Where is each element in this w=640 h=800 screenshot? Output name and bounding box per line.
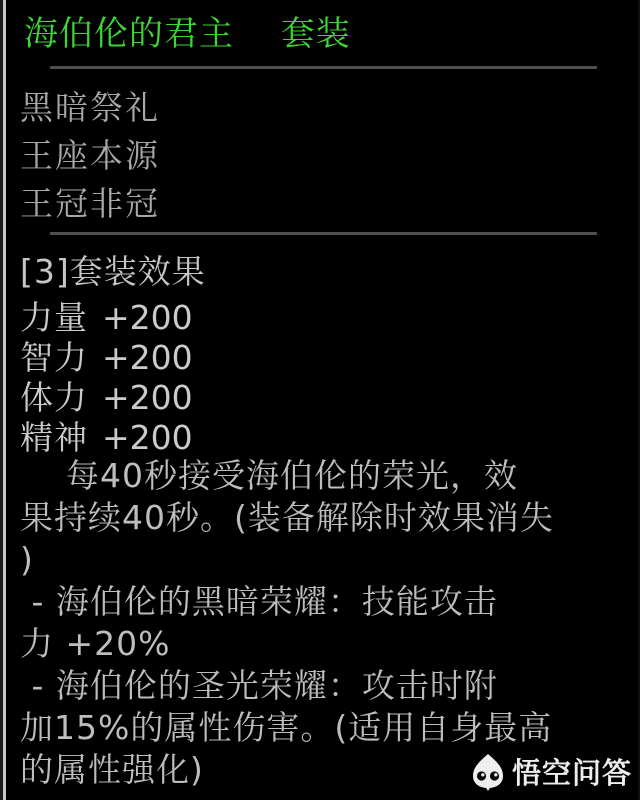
wukong-spade-logo-icon bbox=[471, 753, 505, 791]
set-item-list: 黑暗祭礼 王座本源 王冠非冠 bbox=[20, 84, 160, 228]
watermark-text: 悟空问答 bbox=[512, 751, 632, 792]
stat-row: 精神+200 bbox=[20, 418, 193, 458]
description-line: 果持续40秒。(装备解除时效果消失 bbox=[20, 497, 554, 539]
set-effect-header: [3]套装效果 bbox=[20, 250, 206, 294]
description-line: - 海伯伦的圣光荣耀：攻击时附 bbox=[20, 665, 554, 707]
stat-value: +200 bbox=[102, 338, 193, 377]
stat-value: +200 bbox=[102, 418, 193, 457]
stat-name: 智力 bbox=[20, 338, 88, 377]
description-line: 每40秒接受海伯伦的荣光，效 bbox=[20, 455, 554, 497]
description-line: 加15%的属性伤害。(适用自身最高 bbox=[20, 707, 554, 749]
stat-row: 力量+200 bbox=[20, 298, 193, 338]
stat-row: 体力+200 bbox=[20, 378, 193, 418]
divider-top bbox=[50, 66, 597, 69]
set-item-name: 王座本源 bbox=[20, 132, 160, 180]
item-tooltip: 海伯伦的君主 套装 黑暗祭礼 王座本源 王冠非冠 [3]套装效果 力量+200 … bbox=[0, 0, 640, 800]
tooltip-left-border bbox=[3, 0, 6, 800]
stat-name: 力量 bbox=[20, 298, 88, 337]
set-stat-list: 力量+200 智力+200 体力+200 精神+200 bbox=[20, 298, 193, 458]
description-line: - 海伯伦的黑暗荣耀：技能攻击 bbox=[20, 581, 554, 623]
description-line: 力 +20% bbox=[20, 623, 554, 665]
stat-value: +200 bbox=[102, 378, 193, 417]
stat-row: 智力+200 bbox=[20, 338, 193, 378]
stat-name: 精神 bbox=[20, 418, 88, 457]
watermark: 悟空问答 bbox=[471, 751, 632, 792]
divider-middle bbox=[50, 232, 597, 235]
set-title: 海伯伦的君主 套装 bbox=[24, 6, 351, 55]
set-item-name: 黑暗祭礼 bbox=[20, 84, 160, 132]
stat-name: 体力 bbox=[20, 378, 88, 417]
stat-value: +200 bbox=[102, 298, 193, 337]
set-item-name: 王冠非冠 bbox=[20, 180, 160, 228]
set-effect-description: 每40秒接受海伯伦的荣光，效 果持续40秒。(装备解除时效果消失 ) - 海伯伦… bbox=[20, 455, 554, 791]
description-line: ) bbox=[20, 539, 554, 581]
